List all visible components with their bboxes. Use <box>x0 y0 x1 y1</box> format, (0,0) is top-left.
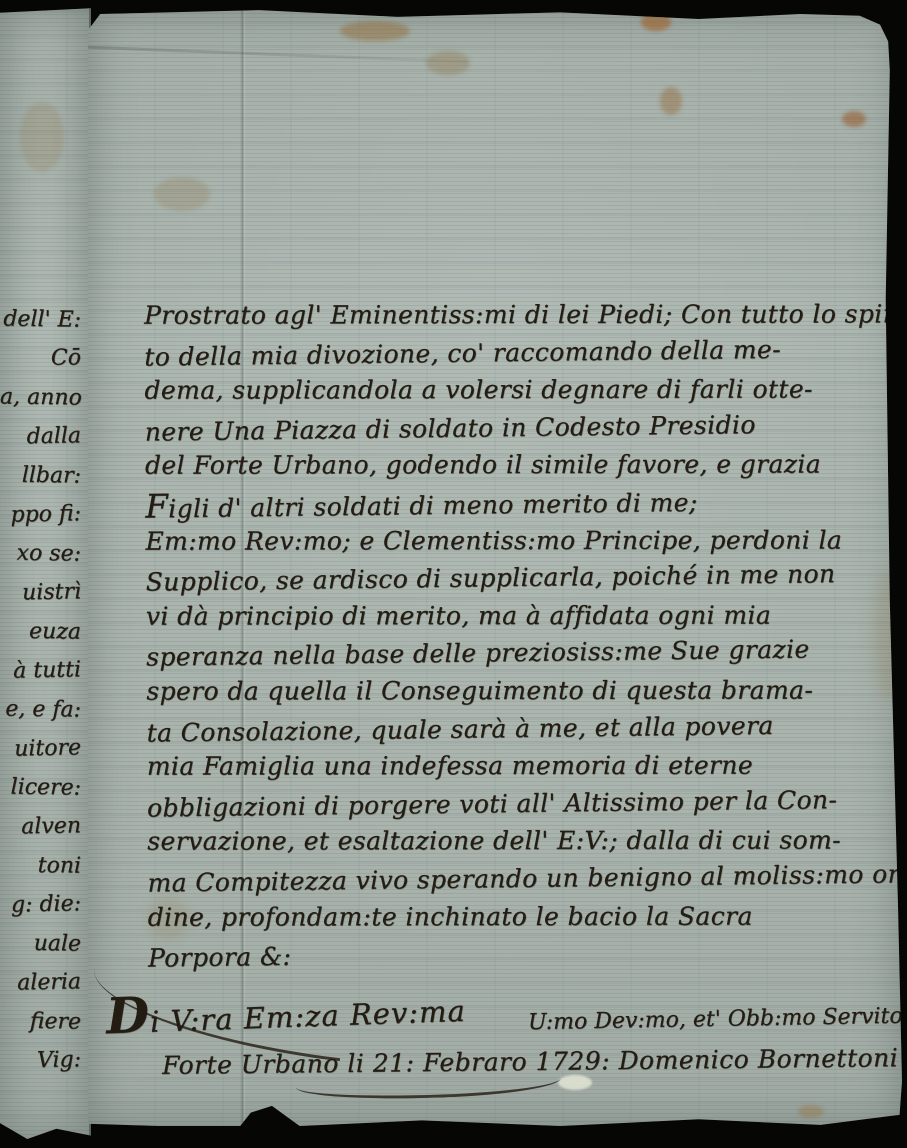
manuscript-line: ma Compitezza vivo sperando un benigno a… <box>147 855 889 902</box>
adjacent-page-text-fragment: euza <box>0 611 84 651</box>
adjacent-page-text-fragment: xo se: <box>0 533 84 573</box>
adjacent-page-text-fragment: uale <box>0 923 84 963</box>
adjacent-page-text-fragment: licere: <box>0 767 84 807</box>
manuscript-line: Figli d' altri soldati di meno merito di… <box>145 479 887 526</box>
adjacent-page-text-fragment: g: die: <box>0 884 84 925</box>
paper-stain <box>20 102 64 172</box>
manuscript-line: spero da quella il Conseguimento di ques… <box>146 671 888 710</box>
manuscript-line: dema, supplicandola a volersi degnare di… <box>144 371 886 410</box>
closing-signoff: U:mo Dev:mo, et' Obb:mo Servitore <box>528 1004 890 1035</box>
adjacent-page-text-fragment: uitore <box>0 728 84 769</box>
adjacent-page-text-fragment: uistrì <box>0 572 84 613</box>
closing-addressee: Di V:ra Em:za Rev:ma <box>105 975 466 1046</box>
manuscript-line: mia Famiglia una indefessa memoria di et… <box>147 746 889 785</box>
diagonal-crease <box>88 46 468 64</box>
adjacent-page-text-fragment: dell' E: <box>0 299 84 339</box>
letter-page: Prostrato agl' Eminentiss:mi di lei Pied… <box>88 9 902 1126</box>
adjacent-page-text-fragment: ppo fi: <box>0 494 84 535</box>
paper-stain <box>426 51 470 75</box>
paper-stain <box>798 1105 824 1118</box>
paper-stain <box>842 111 866 127</box>
adjacent-page-text-fragment: Vig: <box>0 1040 84 1081</box>
manuscript-line: del Forte Urbano, godendo il simile favo… <box>145 446 887 485</box>
manuscript-line: Supplico, se ardisco di supplicarla, poi… <box>145 555 887 602</box>
adjacent-page-text-fragment: Cō <box>0 338 84 379</box>
underline-flourish <box>296 1076 561 1102</box>
adjacent-page-text-fragment: à tutti <box>0 650 84 691</box>
adjacent-page-text: dell' E:Cōa, annodallallbar:ppo fi:xo se… <box>0 300 84 1080</box>
adjacent-page-text-fragment: a, anno <box>0 377 84 417</box>
adjacent-page-text-fragment: fiere <box>0 1001 84 1041</box>
manuscript-line: Porpora &: <box>148 931 890 978</box>
adjacent-page-text-fragment: e, e fa: <box>0 689 84 729</box>
paper-stain <box>641 13 671 31</box>
adjacent-page-text-fragment: toni <box>0 845 84 885</box>
adjacent-page: dell' E:Cōa, annodallallbar:ppo fi:xo se… <box>0 6 91 1139</box>
paper-blemish <box>558 1075 592 1090</box>
paper-stain <box>660 87 682 115</box>
manuscript-line: obbligazioni di porgere voti all' Altiss… <box>147 780 889 827</box>
manuscript-line: Prostrato agl' Eminentiss:mi di lei Pied… <box>144 295 886 334</box>
manuscript-line: dine, profondam:te inchinato le bacio la… <box>148 897 890 936</box>
adjacent-page-text-fragment: llbar: <box>0 455 84 495</box>
adjacent-page-text-fragment: alven <box>0 806 84 847</box>
paper-stain <box>340 21 410 41</box>
manuscript-line: Em:mo Rev:mo; e Clementiss:mo Principe, … <box>145 521 887 560</box>
manuscript-line: ta Consolazione, quale sarà à me, et all… <box>146 705 888 752</box>
paper-stain <box>154 177 210 211</box>
manuscript-line: to della mia divozione, co' raccomando d… <box>144 329 886 376</box>
manuscript-line: vi dà principio di merito, ma à affidata… <box>146 596 888 635</box>
letter-body: Prostrato agl' Eminentiss:mi di lei Pied… <box>144 294 890 975</box>
adjacent-page-text-fragment: dalla <box>0 416 84 457</box>
manuscript-line: nere Una Piazza di soldato in Codesto Pr… <box>145 404 887 451</box>
manuscript-photo: dell' E:Cōa, annodallallbar:ppo fi:xo se… <box>0 0 907 1148</box>
adjacent-page-text-fragment: aleria <box>0 962 84 1003</box>
manuscript-line: speranza nella base delle preziosiss:me … <box>146 630 888 677</box>
manuscript-line: servazione, et esaltazione dell' E:V:; d… <box>147 822 889 861</box>
